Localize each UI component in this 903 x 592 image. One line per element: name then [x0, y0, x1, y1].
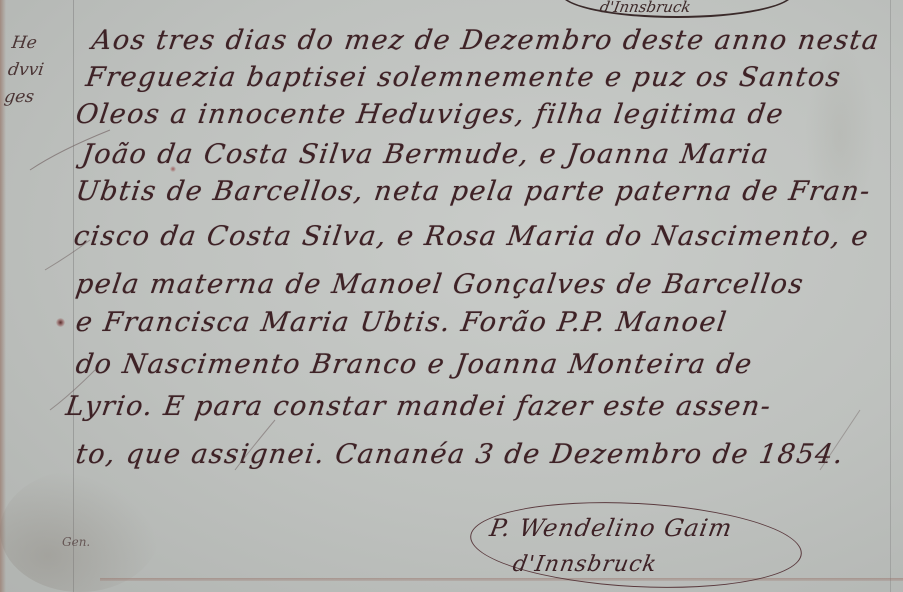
- margin-note-line: dvvi: [6, 57, 70, 84]
- manuscript-page: d'Innsbruck He dvvi ges Gen. Aos tres di…: [0, 0, 903, 592]
- margin-rule-right: [890, 0, 891, 592]
- paper-damage: [0, 470, 160, 592]
- record-line-6: cisco da Costa Silva, e Rosa Maria do Na…: [72, 222, 871, 252]
- record-line-4: João da Costa Silva Bermude, e Joanna Ma…: [80, 140, 771, 170]
- record-line-1: Aos tres dias do mez de Dezembro deste a…: [90, 26, 882, 56]
- previous-signature-fragment: d'Innsbruck: [598, 0, 692, 16]
- signature-origin: d'Innsbruck: [511, 552, 659, 577]
- record-line-2: Freguezia baptisei solemnemente e puz os…: [84, 63, 843, 93]
- record-line-11: to, que assignei. Cananéa 3 de Dezembro …: [74, 440, 846, 470]
- page-edge-bottom: [100, 578, 903, 581]
- margin-note: He dvvi ges: [2, 30, 73, 111]
- record-line-7: pela materna de Manoel Gonçalves de Barc…: [74, 270, 806, 300]
- record-line-10: Lyrio. E para constar mandei fazer este …: [64, 392, 774, 422]
- record-line-5: Ubtis de Barcellos, neta pela parte pate…: [74, 177, 873, 207]
- record-line-9: do Nascimento Branco e Joanna Monteira d…: [74, 350, 755, 380]
- margin-note-line: He: [10, 30, 74, 57]
- signature-name: P. Wendelino Gaim: [488, 514, 735, 542]
- record-line-8: e Francisca Maria Ubtis. Forão P.P. Mano…: [74, 308, 729, 338]
- record-line-3: Oleos a innocente Heduviges, filha legit…: [74, 100, 786, 130]
- margin-bottom-mark: Gen.: [62, 535, 90, 549]
- margin-note-line: ges: [2, 84, 66, 111]
- ink-spot: [56, 318, 65, 327]
